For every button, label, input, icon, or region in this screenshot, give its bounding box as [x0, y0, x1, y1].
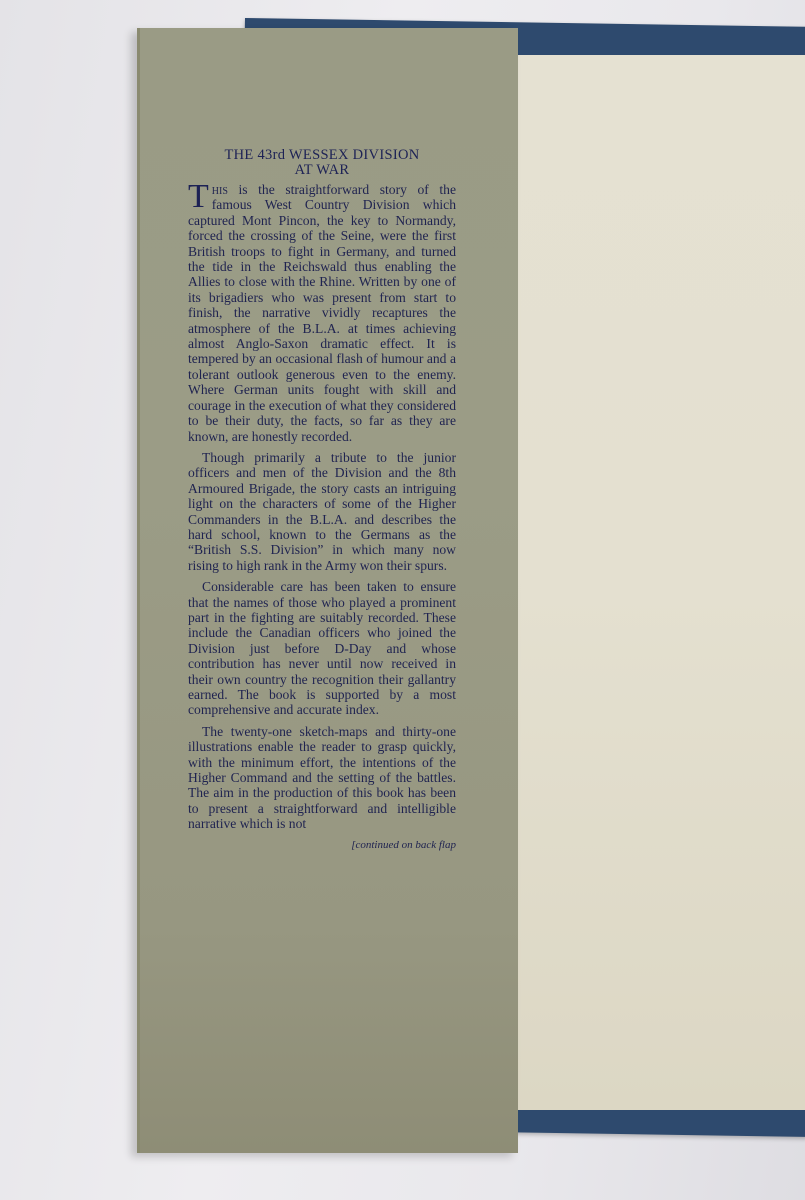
flap-paragraph-2: Though primarily a tribute to the junior… — [188, 450, 456, 573]
first-word-smallcaps: his — [212, 182, 228, 197]
continued-note: [continued on back flap — [188, 838, 456, 853]
drop-cap: T — [188, 183, 209, 211]
flap-title: THE 43rd WESSEX DIVISION AT WAR — [188, 148, 456, 178]
flap-paragraph-3: Considerable care has been taken to ensu… — [188, 579, 456, 718]
book-endpaper — [512, 55, 805, 1110]
flap-title-line2: AT WAR — [188, 163, 456, 178]
flap-paragraph-4: The twenty-one sketch-maps and thirty-on… — [188, 724, 456, 832]
paragraph-1-text: is the straightforward story of the famo… — [188, 182, 456, 444]
flap-title-line1: THE 43rd WESSEX DIVISION — [188, 148, 456, 163]
flap-text-block: THE 43rd WESSEX DIVISION AT WAR This is … — [188, 148, 456, 853]
flap-paragraph-1: This is the straightforward story of the… — [188, 182, 456, 444]
